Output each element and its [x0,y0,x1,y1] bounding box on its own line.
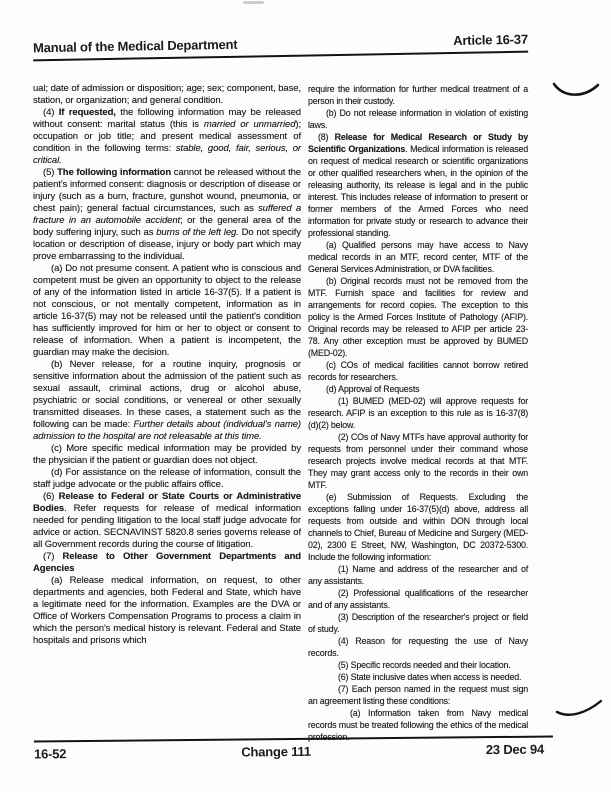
text-segment: (4) Reason for requesting the use of Nav… [308,636,528,658]
text-segment: (8) [318,132,335,142]
paragraph: (e) Submission of Requests. Excluding th… [308,491,528,563]
paragraph: (2) Professional qualifications of the r… [308,587,528,611]
page-footer: 16-52 Change 111 23 Dec 94 [34,736,553,762]
paragraph: (2) COs of Navy MTFs have approval autho… [308,431,528,491]
paragraph: (c) COs of medical facilities cannot bor… [308,359,528,383]
text-segment: (2) Professional qualifications of the r… [308,588,528,610]
text-segment: (c) More specific medical information ma… [33,443,301,466]
paragraph: (b) Original records must not be removed… [308,275,528,359]
text-segment: (a) Qualified persons may have access to… [308,240,528,274]
paragraph: ual; date of admission or disposition; a… [33,83,301,107]
text-segment: (a) Do not presume consent. A patient wh… [33,263,301,358]
footer-change-number: Change 111 [241,744,311,760]
text-segment: The following information [57,167,171,178]
paragraph: (6) Release to Federal or State Courts o… [33,491,301,551]
header-title: Manual of the Medical Department [33,37,238,56]
text-segment: burns of the left leg. [156,227,238,238]
footer-page-number: 16-52 [34,746,66,761]
scan-smudge [243,1,264,4]
text-segment: (7) [43,551,63,562]
text-segment: . Refer requests for release of medical … [33,503,301,550]
page-header: Manual of the Medical Department Article… [33,32,528,62]
text-segment: (6) State inclusive dates when access is… [338,672,521,682]
text-segment: If requested, [59,107,116,118]
text-segment: (5) Specific records needed and their lo… [338,660,511,670]
paragraph: (d) For assistance on the release of inf… [33,467,301,491]
text-segment: (5) [43,167,57,178]
text-segment: require the information for further medi… [308,84,528,106]
paragraph: (d) Approval of Requests [308,383,528,395]
paragraph: (8) Release for Medical Research or Stud… [308,131,528,239]
document-body: ual; date of admission or disposition; a… [33,83,528,743]
text-segment: (4) [43,107,59,118]
paragraph: (7) Each person named in the request mus… [308,683,528,707]
paragraph: (5) Specific records needed and their lo… [308,659,528,671]
page-curl-mark-bottom-icon [554,697,604,719]
paragraph: (a) Qualified persons may have access to… [308,239,528,275]
text-segment: (1) BUMED (MED-02) will approve requests… [308,396,528,430]
paragraph: (4) Reason for requesting the use of Nav… [308,635,528,659]
paragraph: (b) Never release, for a routine inquiry… [33,359,301,443]
paragraph: (1) BUMED (MED-02) will approve requests… [308,395,528,431]
text-segment: (a) Release medical information, on requ… [33,575,301,646]
text-segment: (b) Original records must not be removed… [308,276,528,358]
paragraph: (b) Do not release information in violat… [308,107,528,131]
text-segment: (d) Approval of Requests [326,384,419,394]
paragraph: (a) Release medical information, on requ… [33,575,301,647]
text-segment: . Medical information is released on req… [308,144,528,238]
text-segment: Release to Other Government Departments … [33,551,301,574]
paragraph: (7) Release to Other Government Departme… [33,551,301,575]
text-segment: (c) COs of medical facilities cannot bor… [308,360,528,382]
text-segment: (d) For assistance on the release of inf… [33,467,301,490]
document-page: Manual of the Medical Department Article… [0,0,611,792]
paragraph: (6) State inclusive dates when access is… [308,671,528,683]
header-article-number: Article 16-37 [453,32,528,48]
paragraph: (4) If requested, the following informat… [33,107,301,167]
paragraph: require the information for further medi… [308,83,528,107]
text-segment: (e) Submission of Requests. Excluding th… [308,492,528,562]
paragraph: (a) Do not presume consent. A patient wh… [33,263,301,359]
text-segment: (1) Name and address of the researcher a… [308,564,528,586]
footer-date: 23 Dec 94 [486,742,553,758]
text-segment: married or unmarried [204,119,296,130]
page-curl-mark-top-icon [551,79,601,103]
text-segment: ual; date of admission or disposition; a… [33,83,301,106]
paragraph: (3) Description of the researcher's proj… [308,611,528,635]
left-column: ual; date of admission or disposition; a… [33,83,301,743]
right-column: require the information for further medi… [308,83,528,743]
text-segment: (7) Each person named in the request mus… [308,684,528,706]
text-segment: (3) Description of the researcher's proj… [308,612,528,634]
text-segment: (2) COs of Navy MTFs have approval autho… [308,432,528,490]
text-segment: (b) Do not release information in violat… [308,108,528,130]
paragraph: (1) Name and address of the researcher a… [308,563,528,587]
paragraph: (c) More specific medical information ma… [33,443,301,467]
paragraph: (5) The following information cannot be … [33,167,301,263]
text-segment: (6) [43,491,59,502]
